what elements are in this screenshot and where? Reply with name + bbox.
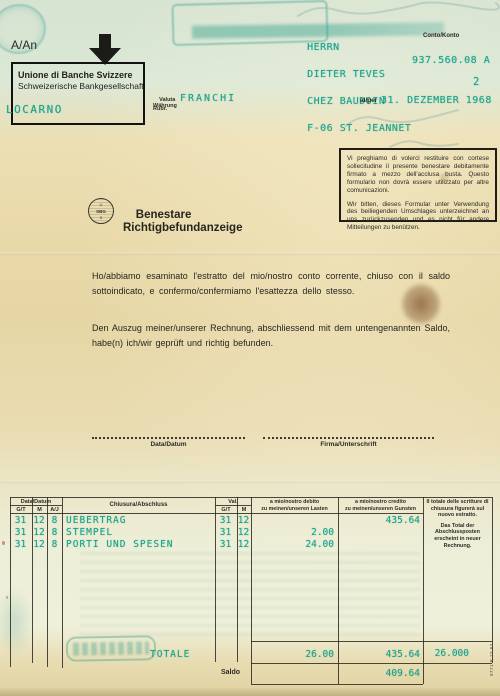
table-rule bbox=[251, 663, 492, 664]
cell-val-m: 12 bbox=[237, 527, 250, 538]
table-rule bbox=[10, 513, 423, 514]
cell-gt: 31 bbox=[10, 539, 31, 550]
bank-name-german: Schweizerische Bankgesellschaft bbox=[18, 81, 144, 91]
return-instructions-italian: Vi preghiamo di volerci restituire con c… bbox=[347, 155, 489, 195]
paper-speck bbox=[2, 541, 5, 545]
cell-val-gt: 31 bbox=[215, 515, 236, 526]
closing-note-german: Das Total der Abschlussposten erscheint … bbox=[425, 523, 490, 549]
table-rule bbox=[62, 497, 63, 668]
body-paragraph-italian: Ho/abbiamo esaminato l'estratto del mio/… bbox=[92, 269, 450, 299]
col-date-group: Data/Datum bbox=[10, 499, 62, 505]
col-closing-note: Il totale delle scritture di chiusura fi… bbox=[425, 499, 490, 553]
cell-val-gt: 31 bbox=[215, 539, 236, 550]
cell-val-m: 12 bbox=[237, 539, 250, 550]
form-number: 9771 B 12.67 bbox=[489, 620, 494, 676]
date-line-label: Data/Datum bbox=[92, 441, 245, 448]
fold-crease bbox=[0, 480, 500, 483]
signature-line-label: Firma/Unterschrift bbox=[263, 441, 434, 448]
date-signature-line bbox=[92, 437, 245, 439]
reverse-side-ghost-print bbox=[80, 552, 420, 636]
cell-aj: 8 bbox=[48, 527, 61, 538]
table-rule bbox=[251, 684, 423, 685]
body-paragraph-german: Den Auszug meiner/unserer Rechnung, absc… bbox=[92, 321, 450, 350]
closing-note-italian: Il totale delle scritture di chiusura fi… bbox=[425, 499, 490, 519]
total-label: TOTALE bbox=[150, 649, 190, 660]
account-label: Conto/Konto bbox=[423, 33, 459, 39]
down-arrow-icon bbox=[99, 34, 111, 49]
recipient-address: HERRN DIETER TEVES CHEZ BAUDOIN F-06 ST.… bbox=[281, 28, 411, 149]
cell-aj: 8 bbox=[48, 515, 61, 526]
bank-confirmation-form: A/An Unione di Banche Svizzere Schweizer… bbox=[0, 0, 500, 696]
sheet-number: 2 bbox=[473, 76, 479, 88]
col-m: M bbox=[32, 507, 47, 513]
page-edge-shadow bbox=[0, 687, 500, 696]
table-rule bbox=[251, 641, 492, 642]
bank-name-italian: Unione di Banche Svizzere bbox=[18, 70, 133, 80]
currency-value: FRANCHI bbox=[180, 93, 236, 104]
paper-speck bbox=[6, 596, 8, 599]
saldo-value: 409.64 bbox=[338, 668, 420, 679]
cell-val-gt: 31 bbox=[215, 527, 236, 538]
cell-m: 12 bbox=[32, 527, 46, 538]
col-aj: A/J bbox=[47, 507, 62, 513]
account-number: 937.560.08 A bbox=[412, 55, 490, 66]
return-instructions-german: Wir bitten, dieses Formular unter Verwen… bbox=[347, 201, 489, 233]
logo-letter: S bbox=[89, 215, 113, 222]
ubs-logo: U SBG S bbox=[88, 198, 114, 224]
cell-gt: 31 bbox=[10, 527, 31, 538]
table-rule bbox=[10, 497, 492, 498]
saldo-label: Saldo bbox=[221, 669, 240, 676]
cell-description: UEBERTRAG bbox=[66, 515, 126, 526]
col-gt: G/T bbox=[10, 507, 32, 513]
total-debit: 26.00 bbox=[251, 649, 334, 660]
cell-credit: 435.64 bbox=[338, 515, 420, 526]
cell-description: STEMPEL bbox=[66, 527, 113, 538]
firm-signature-line bbox=[263, 437, 434, 439]
ink-blob-left bbox=[0, 576, 40, 668]
col-val-m: M bbox=[237, 507, 251, 513]
addressee-label: A/An bbox=[11, 38, 37, 52]
cell-debit: 2.00 bbox=[251, 527, 334, 538]
cell-gt: 31 bbox=[10, 515, 31, 526]
form-title: BenestareRichtigbefundanzeige bbox=[123, 196, 242, 248]
cell-description: PORTI UND SPESEN bbox=[66, 539, 174, 550]
fold-crease bbox=[0, 252, 500, 255]
rubric-label: Rubr. bbox=[153, 106, 167, 112]
col-description: Chiusura/Abschluss bbox=[62, 502, 215, 508]
statement-date-label: al/per bbox=[360, 97, 377, 104]
col-val-group: Val. bbox=[215, 499, 251, 505]
cell-m: 12 bbox=[32, 539, 46, 550]
closing-total: 26.000 bbox=[423, 648, 469, 659]
statement-date: 31. DEZEMBER 1968 bbox=[381, 95, 492, 106]
col-credit: a mio/nostro creditozu meinen/unseren Gu… bbox=[338, 499, 423, 512]
col-debit: a mio/nostro debitozu meinen/unseren Las… bbox=[251, 499, 338, 512]
col-val-gt: G/T bbox=[215, 507, 237, 513]
cell-val-m: 12 bbox=[237, 515, 250, 526]
total-credit: 435.64 bbox=[338, 649, 420, 660]
cell-debit: 24.00 bbox=[251, 539, 334, 550]
teller-stamp-bottom bbox=[66, 635, 156, 662]
cell-aj: 8 bbox=[48, 539, 61, 550]
branch-name: LOCARNO bbox=[6, 103, 63, 116]
cell-m: 12 bbox=[32, 515, 46, 526]
return-instructions-box: Vi preghiamo di volerci restituire con c… bbox=[339, 148, 497, 222]
